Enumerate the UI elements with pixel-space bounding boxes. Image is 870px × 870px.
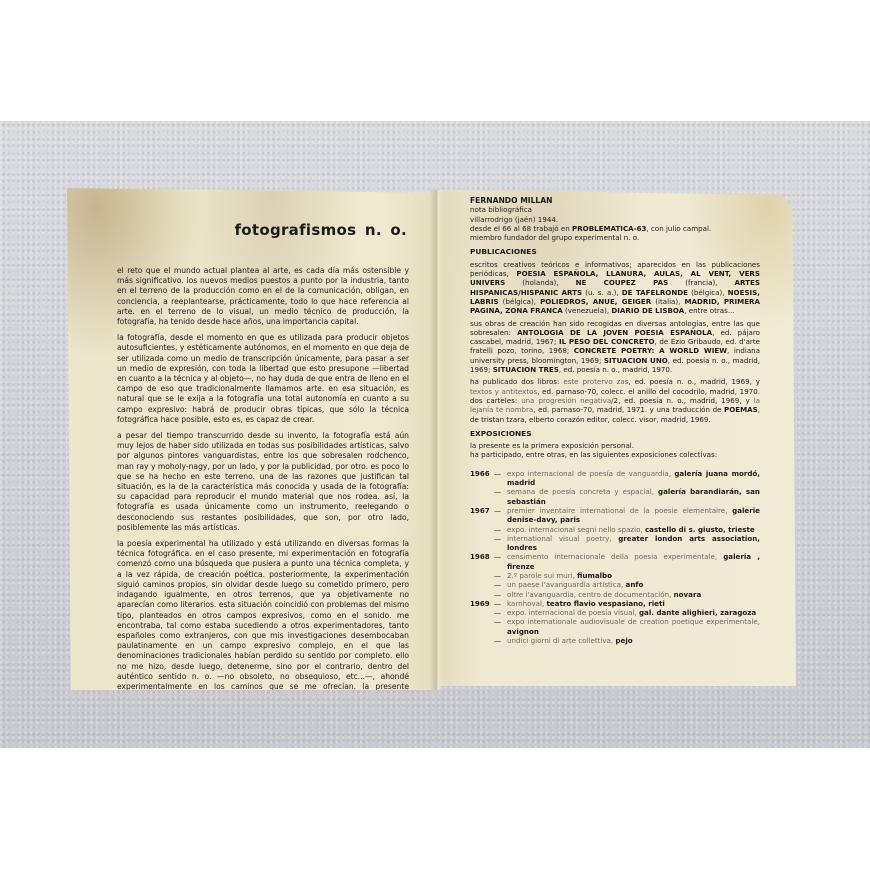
author-name: FERNANDO MILLAN bbox=[470, 196, 760, 205]
exhibitions-intro-line: la presente es la primera exposición per… bbox=[470, 441, 760, 450]
exhibition-text: premier inventaire international de la p… bbox=[507, 506, 760, 525]
bold-title-run: POLIEDROS, ANUE, GEIGER bbox=[540, 297, 651, 306]
exhibition-text: expo internacional de poesía de vanguard… bbox=[507, 469, 760, 488]
exhibition-entry: —karnhoval, teatro flavio vespasiano, ri… bbox=[494, 599, 760, 608]
publications-books: ha publicado dos libros: este protervo z… bbox=[470, 377, 760, 423]
exhibition-items: —karnhoval, teatro flavio vespasiano, ri… bbox=[494, 599, 760, 645]
exhibition-event: un paese l'avanguardia artística, bbox=[507, 580, 626, 589]
text-run: (venezuela), bbox=[563, 306, 612, 315]
exhibition-venue: avignon bbox=[507, 627, 539, 636]
text-run: , ed. poesía n. o., madrid, 1969, y bbox=[628, 377, 760, 386]
exhibition-venue: novara bbox=[674, 590, 702, 599]
exhibition-text: karnhoval, teatro flavio vespasiano, rie… bbox=[507, 599, 760, 608]
dash-bullet: — bbox=[494, 506, 507, 525]
exhibition-entry: —expo. internacional de poesía visual, g… bbox=[494, 608, 760, 617]
bio-founder: miembro fundador del grupo experimental … bbox=[470, 233, 760, 242]
exhibition-event: semana de poesía concreta y espacial, bbox=[507, 487, 658, 496]
bold-title-run: POEMAS bbox=[724, 405, 758, 414]
bold-title-run: DE TAFELRONDE bbox=[622, 288, 688, 297]
exhibition-entry: —undici giorni di arte collettiva, pejo bbox=[494, 636, 760, 645]
exhibition-year: 1969 bbox=[470, 599, 494, 645]
exhibitions-intro: la presente es la primera exposición per… bbox=[470, 441, 760, 460]
dash-bullet: — bbox=[494, 487, 507, 506]
exhibition-text: un paese l'avanguardia artística, anfo bbox=[507, 580, 760, 589]
essay-paragraph: a pesar del tiempo transcurrido desde su… bbox=[117, 431, 409, 533]
dash-bullet: — bbox=[494, 590, 507, 599]
text-run: (holanda), bbox=[505, 278, 575, 287]
exhibition-year: 1968 bbox=[470, 552, 494, 598]
bold-title-run: SITUACION UNO bbox=[604, 356, 668, 365]
exhibition-year-group: 1966—expo internacional de poesía de van… bbox=[470, 469, 760, 506]
publications-anthologies: sus obras de creación han sido recogidas… bbox=[470, 319, 760, 375]
biographical-note: FERNANDO MILLAN nota bibliográfica villa… bbox=[470, 196, 760, 645]
dash-bullet: — bbox=[494, 525, 507, 534]
dash-bullet: — bbox=[494, 571, 507, 580]
exhibition-event: expo internationale audiovisuale de crea… bbox=[507, 617, 760, 626]
text-run: , entre otras... bbox=[684, 306, 734, 315]
bio-birthplace: villarrodrigo (jaén) 1944. bbox=[470, 215, 760, 224]
exhibition-items: —expo internacional de poesía de vanguar… bbox=[494, 469, 760, 506]
dash-bullet: — bbox=[494, 469, 507, 488]
bio-work-text-end: , con julio campal. bbox=[646, 224, 711, 233]
exhibition-venue: castello di s. giusto, trieste bbox=[645, 525, 755, 534]
essay-paragraph: la fotografía, desde el momento en que e… bbox=[117, 333, 409, 425]
exhibition-event: expo. internacional de poesía visual, bbox=[507, 608, 639, 617]
exhibition-venue: pejo bbox=[615, 636, 632, 645]
exhibition-year-group: 1969—karnhoval, teatro flavio vespasiano… bbox=[470, 599, 760, 645]
text-run: (italia), bbox=[651, 297, 684, 306]
exhibition-event: expo. internacional segni nello spazio, bbox=[507, 525, 645, 534]
exhibition-text: expo. internacional de poesía visual, ga… bbox=[507, 608, 760, 617]
text-run: (bélgica), bbox=[688, 288, 728, 297]
exhibition-year-group: 1968—censimento internacionale della poe… bbox=[470, 552, 760, 598]
text-run: (u. s. a.), bbox=[582, 288, 622, 297]
exhibition-entry: —semana de poesía concreta y espacial, g… bbox=[494, 487, 760, 506]
publications-periodicals: escritos creativos teóricos e informativ… bbox=[470, 260, 760, 316]
dash-bullet: — bbox=[494, 580, 507, 589]
exhibition-entry: —expo. internacional segni nello spazio,… bbox=[494, 525, 760, 534]
exhibition-text: censimento internacionale della poesia e… bbox=[507, 552, 760, 571]
exhibition-text: expo. internacional segni nello spazio, … bbox=[507, 525, 760, 534]
text-run: /2, ed. poesía n. o., madrid, 1969, y bbox=[611, 396, 754, 405]
exhibition-venue: fiumalbo bbox=[577, 571, 612, 580]
bold-title-run: DIARIO DE LISBOA bbox=[611, 306, 684, 315]
exhibition-year: 1966 bbox=[470, 469, 494, 506]
exhibition-entry: —expo internacional de poesía de vanguar… bbox=[494, 469, 760, 488]
text-run: ha publicado dos libros: bbox=[470, 377, 563, 386]
left-page: fotografismos n. o. el reto que el mundo… bbox=[67, 188, 439, 690]
exhibition-event: karnhoval, bbox=[507, 599, 546, 608]
exhibition-items: —censimento internacionale della poesia … bbox=[494, 552, 760, 598]
dash-bullet: — bbox=[494, 552, 507, 571]
exhibition-entry: —2.º parole sui muri, fiumalbo bbox=[494, 571, 760, 580]
exhibition-venue: anfo bbox=[626, 580, 644, 589]
work-title-run: una progresión negativa bbox=[521, 396, 611, 405]
exhibition-entry: —expo internationale audiovisuale de cre… bbox=[494, 617, 760, 636]
bold-title-run: SITUACION TRES bbox=[493, 365, 559, 374]
dash-bullet: — bbox=[494, 617, 507, 636]
essay-paragraph: el reto que el mundo actual plantea al a… bbox=[117, 266, 409, 327]
exhibition-text: semana de poesía concreta y espacial, ga… bbox=[507, 487, 760, 506]
bio-work-history: desde el 66 al 68 trabajó en PROBLEMATIC… bbox=[470, 224, 760, 233]
exhibition-event: premier inventaire international de la p… bbox=[507, 506, 732, 515]
bold-title-run: NE COUPEZ PAS bbox=[576, 278, 669, 287]
right-page: FERNANDO MILLAN nota bibliográfica villa… bbox=[437, 190, 796, 686]
exhibition-entry: —censimento internacionale della poesia … bbox=[494, 552, 760, 571]
exhibition-event: censimento internacionale della poesia e… bbox=[507, 552, 723, 561]
section-heading-publicaciones: PUBLICACIONES bbox=[470, 247, 760, 256]
exhibition-event: oltre l'avanguardia, centro de documenta… bbox=[507, 590, 674, 599]
bio-subtitle: nota bibliográfica bbox=[470, 205, 760, 214]
center-fold bbox=[430, 190, 444, 690]
exhibition-text: expo internationale audiovisuale de crea… bbox=[507, 617, 760, 636]
exhibition-text: oltre l'avanguardia, centro de documenta… bbox=[507, 590, 760, 599]
bio-work-magazine: PROBLEMATICA-63 bbox=[572, 224, 646, 233]
section-heading-exposiciones: EXPOSICIONES bbox=[470, 429, 760, 438]
bio-work-text: desde el 66 al 68 trabajó en bbox=[470, 224, 572, 233]
work-title-run: este protervo zas bbox=[563, 377, 628, 386]
exhibition-entry: —premier inventaire international de la … bbox=[494, 506, 760, 525]
text-run: , ed. poesía n. o., madrid, 1970. bbox=[559, 365, 672, 374]
exhibition-text: undici giorni di arte collettiva, pejo bbox=[507, 636, 760, 645]
essay-paragraph: la poesía experimental ha utilizado y es… bbox=[117, 539, 409, 702]
exhibition-year-group: 1967—premier inventaire international de… bbox=[470, 506, 760, 552]
exhibitions-intro-line: ha participado, entre otras, en las sigu… bbox=[470, 450, 760, 459]
text-run: (francia), bbox=[668, 278, 734, 287]
work-title-run: textos y antitextos bbox=[470, 387, 537, 396]
exhibition-items: —premier inventaire international de la … bbox=[494, 506, 760, 552]
exhibition-text: international visual poetry, greater lon… bbox=[507, 534, 760, 553]
text-run: , ed. parnaso-70, madrid, 1971. y una tr… bbox=[533, 405, 724, 414]
essay-body: el reto que el mundo actual plantea al a… bbox=[117, 266, 409, 708]
exhibition-text: 2.º parole sui muri, fiumalbo bbox=[507, 571, 760, 580]
exhibition-entry: —un paese l'avanguardia artística, anfo bbox=[494, 580, 760, 589]
exhibition-entry: —oltre l'avanguardia, centro de document… bbox=[494, 590, 760, 599]
bold-title-run: ANTOLOGIA DE LA JOVEN POESIA ESPAÑOLA bbox=[517, 328, 712, 337]
text-run: (bélgica), bbox=[499, 297, 540, 306]
exhibition-year: 1967 bbox=[470, 506, 494, 552]
exhibition-event: expo internacional de poesía de vanguard… bbox=[507, 469, 674, 478]
exhibition-event: international visual poetry, bbox=[507, 534, 618, 543]
exhibition-venue: teatro flavio vespasiano, rieti bbox=[546, 599, 664, 608]
dash-bullet: — bbox=[494, 636, 507, 645]
dash-bullet: — bbox=[494, 534, 507, 553]
bold-title-run: CONCRETE POETRY: A WORLD WIEW bbox=[574, 346, 727, 355]
exhibition-event: 2.º parole sui muri, bbox=[507, 571, 577, 580]
exhibition-event: undici giorni di arte collettiva, bbox=[507, 636, 615, 645]
dash-bullet: — bbox=[494, 599, 507, 608]
exhibitions-list: 1966—expo internacional de poesía de van… bbox=[470, 469, 760, 646]
page-title: fotografismos n. o. bbox=[234, 221, 407, 239]
bold-title-run: IL PESO DEL CONCRETO bbox=[559, 337, 655, 346]
exhibition-venue: gal. dante alighieri, zaragoza bbox=[639, 608, 756, 617]
dash-bullet: — bbox=[494, 608, 507, 617]
exhibition-entry: —international visual poetry, greater lo… bbox=[494, 534, 760, 553]
